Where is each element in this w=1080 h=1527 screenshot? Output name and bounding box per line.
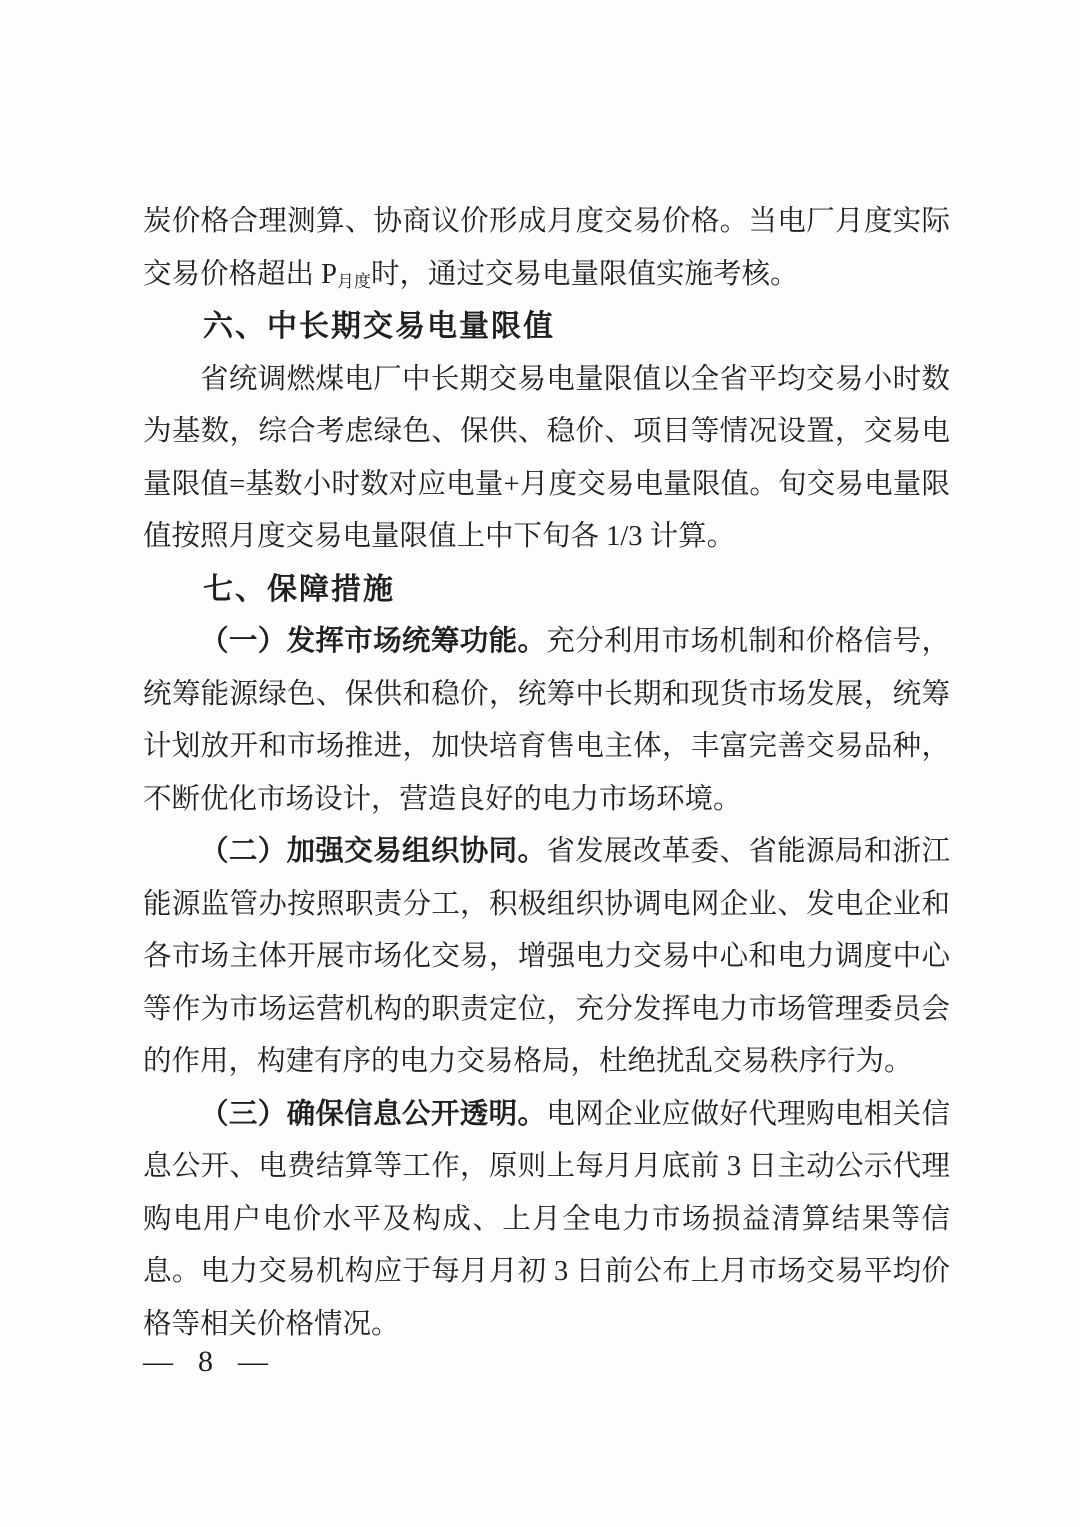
measure-2-paragraph: （二）加强交易组织协同。省发展改革委、省能源局和浙江能源监管办按照职责分工，积极… xyxy=(143,826,950,1089)
measure-2-lead: （二）加强交易组织协同。 xyxy=(200,836,546,867)
footer-dash-left: — xyxy=(143,1344,173,1380)
measure-3-lead: （三）确保信息公开透明。 xyxy=(200,1099,546,1130)
measure-3-paragraph: （三）确保信息公开透明。电网企业应做好代理购电相关信息公开、电费结算等工作，原则… xyxy=(143,1089,950,1352)
measure-2-body: 省发展改革委、省能源局和浙江能源监管办按照职责分工，积极组织协调电网企业、发电企… xyxy=(143,836,950,1077)
measure-1-lead: （一）发挥市场统筹功能。 xyxy=(200,626,546,657)
intro-text-2: 时，通过交易电量限值实施考核。 xyxy=(371,259,799,290)
section-6-heading: 六、中长期交易电量限值 xyxy=(143,301,950,354)
measure-3-body: 电网企业应做好代理购电相关信息公开、电费结算等工作，原则上每月月底前 3 日主动… xyxy=(143,1099,950,1340)
paragraph-coal-price-continuation: 炭价格合理测算、协商议价形成月度交易价格。当电厂月度实际交易价格超出 P月度时，… xyxy=(143,196,950,301)
page-footer: — 8 — xyxy=(143,1344,268,1380)
footer-dash-right: — xyxy=(238,1344,268,1380)
document-page: 炭价格合理测算、协商议价形成月度交易价格。当电厂月度实际交易价格超出 P月度时，… xyxy=(0,0,1080,1527)
p-monthly-subscript: 月度 xyxy=(337,272,371,291)
section-6-paragraph: 省统调燃煤电厂中长期交易电量限值以全省平均交易小时数为基数，综合考虑绿色、保供、… xyxy=(143,354,950,564)
document-body: 炭价格合理测算、协商议价形成月度交易价格。当电厂月度实际交易价格超出 P月度时，… xyxy=(143,196,950,1351)
measure-1-paragraph: （一）发挥市场统筹功能。充分利用市场机制和价格信号，统筹能源绿色、保供和稳价，统… xyxy=(143,616,950,826)
section-7-heading: 七、保障措施 xyxy=(143,564,950,617)
page-number: 8 xyxy=(198,1344,213,1380)
